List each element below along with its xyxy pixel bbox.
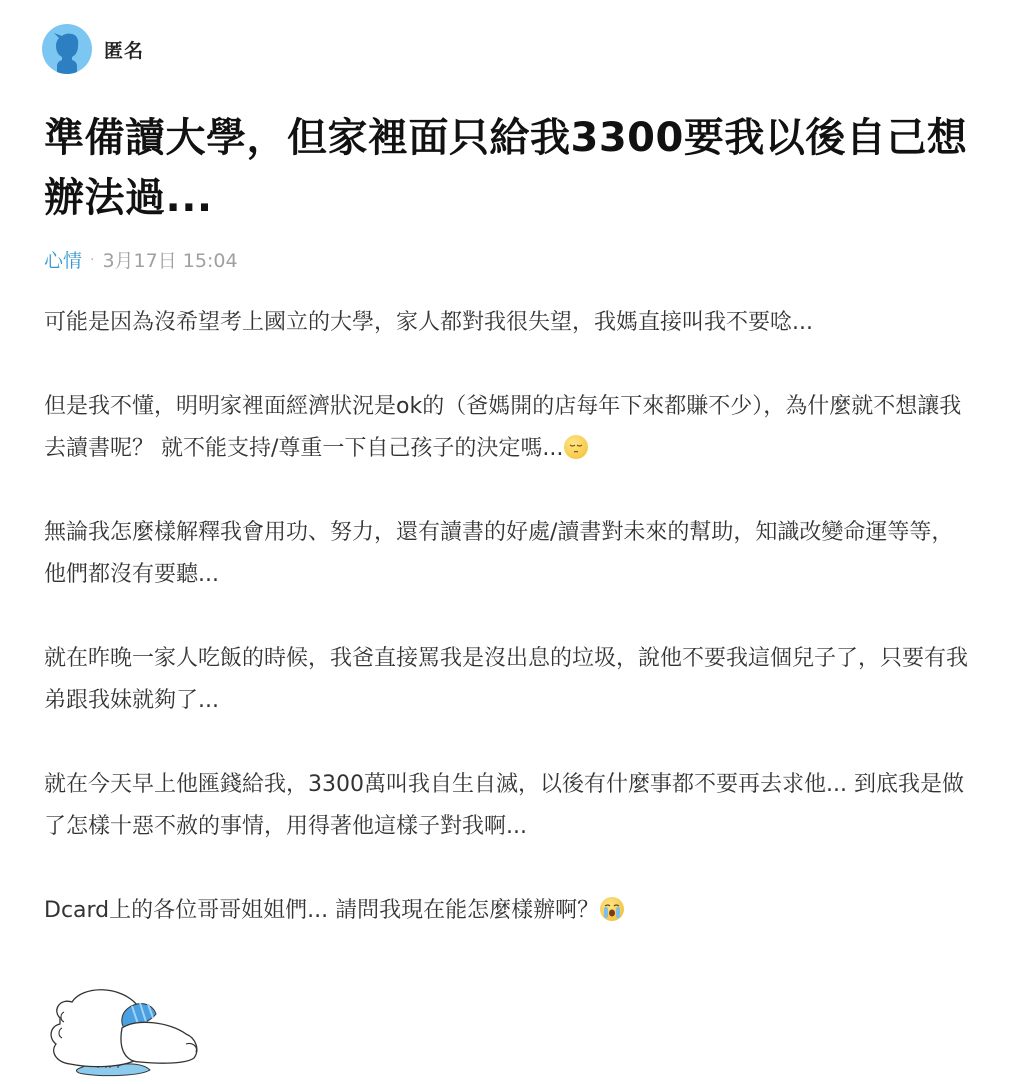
paragraph-text: 可能是因為沒希望考上國立的大學，家人都對我很失望，我媽直接叫我不要唸...: [44, 310, 813, 335]
loudly-crying-face-emoji: [600, 897, 624, 921]
post-timestamp: 3月17日 15:04: [102, 246, 237, 273]
post-title: 準備讀大學，但家裡面只給我3300要我以後自己想辦法過...: [44, 108, 994, 228]
crying-cartoon-sticker: [40, 978, 205, 1078]
post-container: 匿名 準備讀大學，但家裡面只給我3300要我以後自己想辦法過... 心情 · 3…: [0, 0, 1036, 1084]
paragraph: 就在昨晚一家人吃飯的時候，我爸直接罵我是沒出息的垃圾，說他不要我這個兒子了，只要…: [44, 638, 974, 722]
pensive-face-emoji: [564, 435, 588, 459]
paragraph-text: 就在昨晚一家人吃飯的時候，我爸直接罵我是沒出息的垃圾，說他不要我這個兒子了，只要…: [44, 646, 968, 713]
paragraph: 可能是因為沒希望考上國立的大學，家人都對我很失望，我媽直接叫我不要唸...: [44, 302, 974, 344]
paragraph: 無論我怎麼樣解釋我會用功、努力，還有讀書的好處/讀書對未來的幫助，知識改變命運等…: [44, 512, 974, 596]
post-content: 可能是因為沒希望考上國立的大學，家人都對我很失望，我媽直接叫我不要唸... 但是…: [44, 302, 974, 974]
post-meta: 心情 · 3月17日 15:04: [44, 246, 238, 273]
anonymous-avatar-icon[interactable]: [42, 24, 92, 74]
paragraph: 就在今天早上他匯錢給我，3300萬叫我自生自滅，以後有什麼事都不要再去求他...…: [44, 764, 974, 848]
author-name[interactable]: 匿名: [104, 36, 144, 63]
paragraph: 但是我不懂，明明家裡面經濟狀況是ok的（爸媽開的店每年下來都賺不少），為什麼就不…: [44, 386, 974, 470]
author-row[interactable]: 匿名: [42, 24, 144, 74]
paragraph-text: 但是我不懂，明明家裡面經濟狀況是ok的（爸媽開的店每年下來都賺不少），為什麼就不…: [44, 394, 961, 461]
meta-separator: ·: [90, 252, 94, 268]
paragraph: Dcard上的各位哥哥姐姐們... 請問我現在能怎麼樣辦啊？: [44, 890, 974, 932]
paragraph-text: 就在今天早上他匯錢給我，3300萬叫我自生自滅，以後有什麼事都不要再去求他...…: [44, 772, 964, 839]
paragraph-text: Dcard上的各位哥哥姐姐們... 請問我現在能怎麼樣辦啊？: [44, 898, 599, 923]
paragraph-text: 無論我怎麼樣解釋我會用功、努力，還有讀書的好處/讀書對未來的幫助，知識改變命運等…: [44, 520, 953, 587]
category-link[interactable]: 心情: [44, 246, 82, 273]
